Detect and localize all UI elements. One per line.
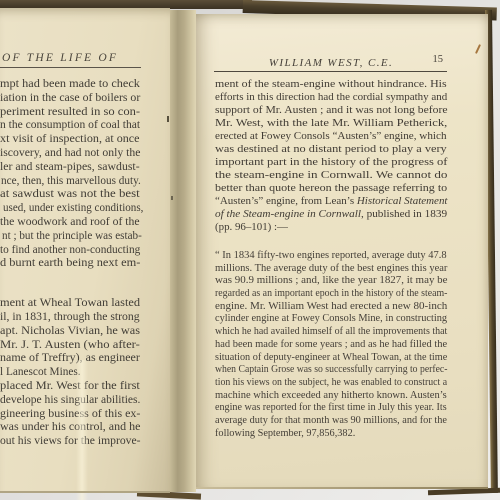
left-header-rule <box>0 67 141 68</box>
text-line: nce, then, this marvellous duty. <box>0 175 140 189</box>
text-line: used, under existing conditions, <box>0 202 140 216</box>
text-line: was under his control, and he <box>0 421 140 435</box>
text-line: was destined at no distant period to pla… <box>215 143 447 156</box>
text-line: efforts in this direction had the cordia… <box>215 91 447 104</box>
text-line: mpt had been made to check <box>0 78 140 92</box>
text-line: at sawdust was not the best <box>0 188 140 202</box>
text-line: nt ; but the principle was estab- <box>0 230 140 244</box>
left-page-text-column: mpt had been made to checkiation in the … <box>0 78 140 449</box>
text-line: name of Treffry), as engineer <box>0 352 140 366</box>
text-line: out his views for the improve- <box>0 435 140 449</box>
right-page-header: WILLIAM WEST, C.E. 15 <box>215 53 447 71</box>
text-line: erected at Fowey Consols “Austen’s” engi… <box>215 130 447 143</box>
left-page-bottom-edge <box>0 491 170 493</box>
right-page: WILLIAM WEST, C.E. 15 ment of the steam-… <box>196 14 488 489</box>
text-line: support of Mr. Austen ; and it was not l… <box>215 104 447 117</box>
right-page-quote-block: “ In 1834 fifty-two engines reported, av… <box>215 250 447 440</box>
text-line: regarded as an important epoch in the hi… <box>215 288 447 301</box>
text-line: following September, 97,856,382. <box>215 428 447 441</box>
text-line: ment of the steam-engine without hindran… <box>215 78 447 91</box>
text-line: Mr. J. T. Austen (who after- <box>0 339 140 353</box>
text-line: Mr. West, with the late Mr. William Peth… <box>215 117 447 130</box>
text-line: the steam-engine in Cornwall. We cannot … <box>215 169 447 182</box>
text-line: gineering business of this ex- <box>0 408 140 422</box>
text-line: when Captain Grose was so successfully c… <box>215 364 447 377</box>
text-line: cylinder engine at Fowey Consols Mine, i… <box>215 313 447 326</box>
gutter-speck <box>171 196 173 200</box>
left-running-head: OF THE LIFE OF <box>2 52 118 64</box>
text-line: d burnt earth being next em- <box>0 257 140 271</box>
right-page-text-column: ment of the steam-engine without hindran… <box>215 78 447 234</box>
page-number: 15 <box>433 54 444 65</box>
paragraph-gap <box>0 271 140 297</box>
text-line: il, in 1831, through the strong <box>0 311 140 325</box>
text-line: iscovery, and had not only the <box>0 147 140 161</box>
gutter-speck <box>167 116 169 122</box>
right-running-head: WILLIAM WEST, C.E. <box>269 57 393 69</box>
text-line: better than quote hereon the passage ref… <box>215 182 447 195</box>
text-line: xt visit of inspection, at once <box>0 133 140 147</box>
left-page-header: OF THE LIFE OF <box>2 48 152 66</box>
text-line: placed Mr. West for the first <box>0 380 140 394</box>
text-line: millions. The average duty of the best e… <box>215 263 447 276</box>
text-line: which he had availed himself of all the … <box>215 326 447 339</box>
left-page: OF THE LIFE OF mpt had been made to chec… <box>0 8 170 493</box>
right-header-rule <box>214 71 447 72</box>
text-line: “ In 1834 fifty-two engines reported, av… <box>215 250 447 263</box>
page-crease <box>76 360 88 500</box>
text-line: engine was reported for the first time i… <box>215 402 447 415</box>
right-page-bottom-edge <box>196 487 488 489</box>
text-line: tion his views on the subject, he was en… <box>215 377 447 390</box>
text-line: periment resulted in so con- <box>0 106 140 120</box>
text-line: iation in the case of boilers or <box>0 92 140 106</box>
text-line: of the Steam-engine in Cornwall, publish… <box>215 208 447 221</box>
text-line: important part in the history of the pro… <box>215 156 447 169</box>
text-line: n the consumption of coal that <box>0 119 140 133</box>
text-line: was 90.9 millions ; and, like the year 1… <box>215 275 447 288</box>
text-line: l Lanescot Mines. <box>0 366 140 380</box>
text-line: to find another non-conducting <box>0 244 140 258</box>
open-book-photo: OF THE LIFE OF mpt had been made to chec… <box>0 0 500 500</box>
text-line: average duty for that month was 90 milli… <box>215 415 447 428</box>
text-line: situation of deputy-engineer at Wheal To… <box>215 352 447 365</box>
book-gutter <box>170 10 196 492</box>
text-line: (pp. 96–101) :— <box>215 221 447 234</box>
text-line: ler and steam-pipes, sawdust- <box>0 161 140 175</box>
text-line: the woodwork and roof of the <box>0 216 140 230</box>
text-line: apt. Nicholas Vivian, he was <box>0 325 140 339</box>
text-line: ment at Wheal Towan lasted <box>0 297 140 311</box>
text-line: develope his singular abilities. <box>0 394 140 408</box>
text-line: engine. Mr. William West had erected a n… <box>215 301 447 314</box>
text-line: had been made for some years ; and as he… <box>215 339 447 352</box>
text-line: machine which exceeded any hitherto know… <box>215 390 447 403</box>
text-line: “Austen’s” engine, from Lean’s Historica… <box>215 195 447 208</box>
